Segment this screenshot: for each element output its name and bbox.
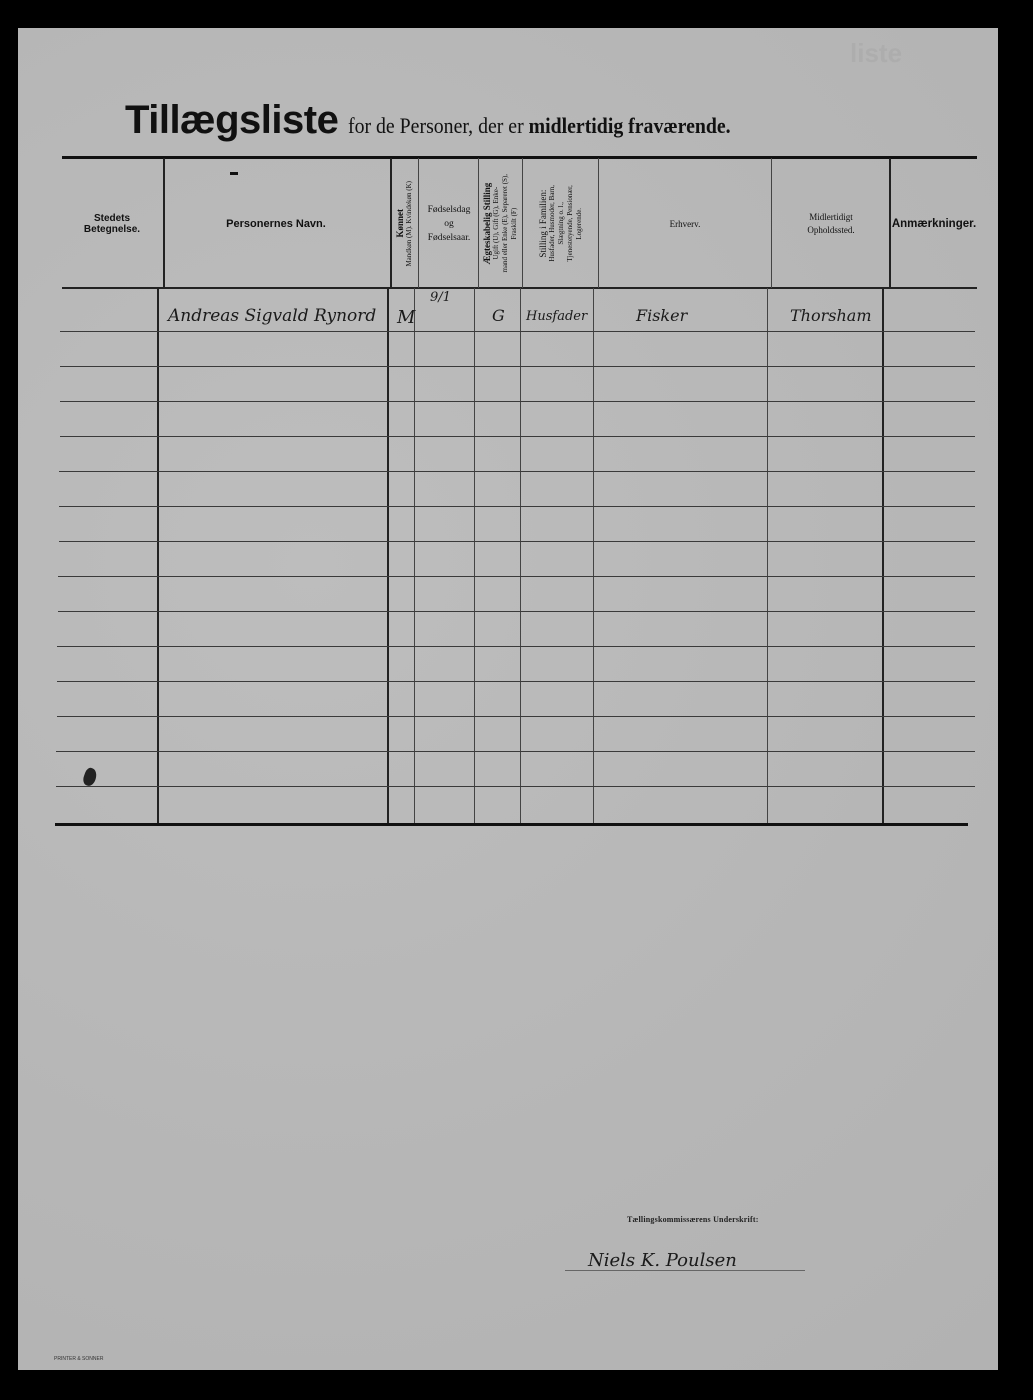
title-main: Tillægsliste (125, 98, 338, 142)
entry-sex: M (397, 307, 415, 328)
col-divider (593, 288, 594, 823)
col-divider (390, 158, 392, 288)
col-divider (414, 288, 415, 823)
row-rule (59, 506, 975, 507)
col-divider (598, 158, 599, 288)
table-top-rule (62, 156, 977, 159)
col-divider (771, 158, 772, 288)
row-rule (57, 681, 975, 682)
header-sex: KønnetMandkøn (M). Kvindekøn (K) (392, 160, 418, 287)
col-divider (418, 158, 419, 288)
row-rule (59, 541, 975, 542)
col-divider (889, 158, 891, 288)
col-divider (387, 288, 389, 823)
header-temp-residence: MidlertidigtOpholdssted. (773, 160, 889, 287)
entry-temp-residence: Thorsham (790, 306, 871, 325)
col-divider (522, 158, 523, 288)
row-rule (57, 646, 975, 647)
row-rule (56, 751, 975, 752)
col-divider (157, 288, 159, 823)
col-divider (767, 288, 768, 823)
entry-family-position: Husfader (526, 309, 587, 324)
row-rule (57, 716, 975, 717)
row-rule (60, 331, 975, 332)
row-rule (60, 436, 975, 437)
signature-line (565, 1270, 805, 1271)
header-remarks: Anmærkninger. (890, 160, 978, 287)
col-divider (163, 158, 165, 288)
header-marital-status: Ægteskabelig StillingUgift (U), Gift (G)… (480, 160, 522, 287)
col-divider (882, 288, 884, 823)
row-rule (56, 786, 975, 787)
row-rule (60, 366, 975, 367)
entry-occupation: Fisker (636, 306, 687, 325)
table-bottom-rule (55, 823, 968, 826)
title-subtitle: for de Personer, der er midlertidig frav… (348, 113, 731, 139)
row-rule (59, 471, 975, 472)
col-divider (474, 288, 475, 823)
entry-birth: 9/1 (430, 290, 451, 305)
header-birth: FødselsdagogFødselsaar. (420, 160, 478, 287)
header-family-position: Stilling i Familien:Husfader, Husmoder, … (524, 160, 598, 287)
signature-label: Tællingskommissærens Underskrift: (627, 1215, 759, 1224)
row-rule (58, 611, 975, 612)
form-title: Tillægsliste for de Personer, der er mid… (125, 98, 774, 143)
row-rule (60, 401, 975, 402)
entry-name: Andreas Sigvald Rynord (168, 306, 376, 326)
printer-mark: PRINTER & SONNER (54, 1356, 103, 1362)
header-occupation: Erhverv. (600, 160, 770, 287)
entry-marital: G (492, 306, 505, 325)
signature: Niels K. Poulsen (588, 1250, 737, 1271)
header-place: StedetsBetegnelse. (62, 160, 162, 287)
faded-bleedthrough-text: liste (850, 38, 902, 69)
header-name: Personernes Navn. (164, 160, 388, 287)
col-divider (520, 288, 521, 823)
row-rule (58, 576, 975, 577)
col-divider (478, 158, 479, 288)
